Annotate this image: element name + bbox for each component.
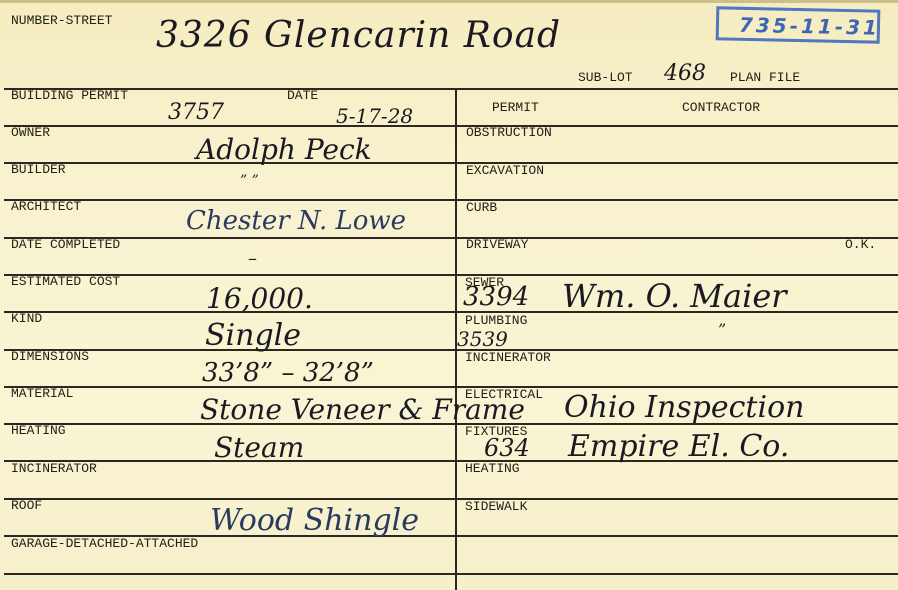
plumbing-permit: 3539 (457, 329, 508, 349)
estimated-cost-label: ESTIMATED COST (11, 275, 120, 289)
builder-label: BUILDER (11, 163, 66, 177)
driveway-label: DRIVEWAY (466, 238, 528, 252)
building-permit-label: BUILDING PERMIT (11, 89, 128, 103)
fixtures-permit: 634 (484, 436, 530, 460)
owner-label: OWNER (11, 126, 50, 140)
heating-value: Steam (214, 434, 304, 462)
rule-line (4, 274, 898, 276)
rule-line (4, 349, 898, 351)
sewer-contractor: Wm. O. Maier (562, 280, 787, 312)
incinerator-label: INCINERATOR (11, 462, 97, 476)
date-label: DATE (287, 89, 318, 103)
architect-value: Chester N. Lowe (186, 208, 406, 234)
incinerator-right-label: INCINERATOR (465, 351, 551, 365)
rule-line (4, 573, 898, 575)
sewer-permit: 3394 (463, 284, 529, 310)
number-street-value: 3326 Glencarin Road (156, 18, 561, 54)
owner-value: Adolph Peck (196, 136, 372, 164)
garage-label: GARAGE-DETACHED-ATTACHED (11, 537, 198, 551)
rule-line (4, 162, 898, 164)
building-permit-card: NUMBER-STREET 3326 Glencarin Road 735-11… (0, 0, 898, 590)
heating-label: HEATING (11, 424, 66, 438)
electrical-contractor: Ohio Inspection (564, 393, 804, 423)
material-label: MATERIAL (11, 387, 73, 401)
dimensions-value: 33’8” – 32’8” (202, 360, 374, 386)
architect-label: ARCHITECT (11, 200, 81, 214)
rule-line (4, 88, 898, 90)
rule-line (4, 237, 898, 239)
date-completed-value: – (248, 250, 257, 268)
stamp-number: 735-11-31 (739, 13, 880, 40)
rule-line (4, 199, 898, 201)
rule-line (4, 125, 898, 127)
sub-lot-label: SUB-LOT (578, 71, 633, 85)
rule-line (4, 498, 898, 500)
permit-header: PERMIT (492, 101, 539, 115)
number-street-label: NUMBER-STREET (11, 14, 112, 28)
rule-line (4, 386, 898, 388)
sidewalk-label: SIDEWALK (465, 500, 527, 514)
curb-label: CURB (466, 201, 497, 215)
plumbing-contractor: ” (718, 322, 726, 338)
building-permit-value: 3757 (168, 102, 224, 124)
estimated-cost-value: 16,000. (206, 285, 313, 313)
excavation-label: EXCAVATION (466, 164, 544, 178)
plumbing-label: PLUMBING (465, 314, 527, 328)
roof-label: ROOF (11, 499, 42, 513)
fixtures-contractor: Empire El. Co. (568, 432, 789, 462)
driveway-note: O.K. (845, 238, 876, 252)
kind-value: Single (205, 321, 301, 351)
card-top-edge (0, 0, 898, 3)
dimensions-label: DIMENSIONS (11, 350, 89, 364)
plan-file-label: PLAN FILE (730, 71, 800, 85)
contractor-header: CONTRACTOR (682, 101, 760, 115)
builder-value: ” ” (240, 174, 259, 188)
file-number-stamp: 735-11-31 (716, 6, 881, 43)
obstruction-label: OBSTRUCTION (466, 126, 552, 140)
roof-value: Wood Shingle (210, 506, 419, 536)
electrical-label: ELECTRICAL (465, 388, 543, 402)
sub-lot-value: 468 (664, 63, 706, 85)
heating-right-label: HEATING (465, 462, 520, 476)
date-completed-label: DATE COMPLETED (11, 238, 120, 252)
kind-label: KIND (11, 312, 42, 326)
date-value: 5-17-28 (336, 106, 413, 126)
